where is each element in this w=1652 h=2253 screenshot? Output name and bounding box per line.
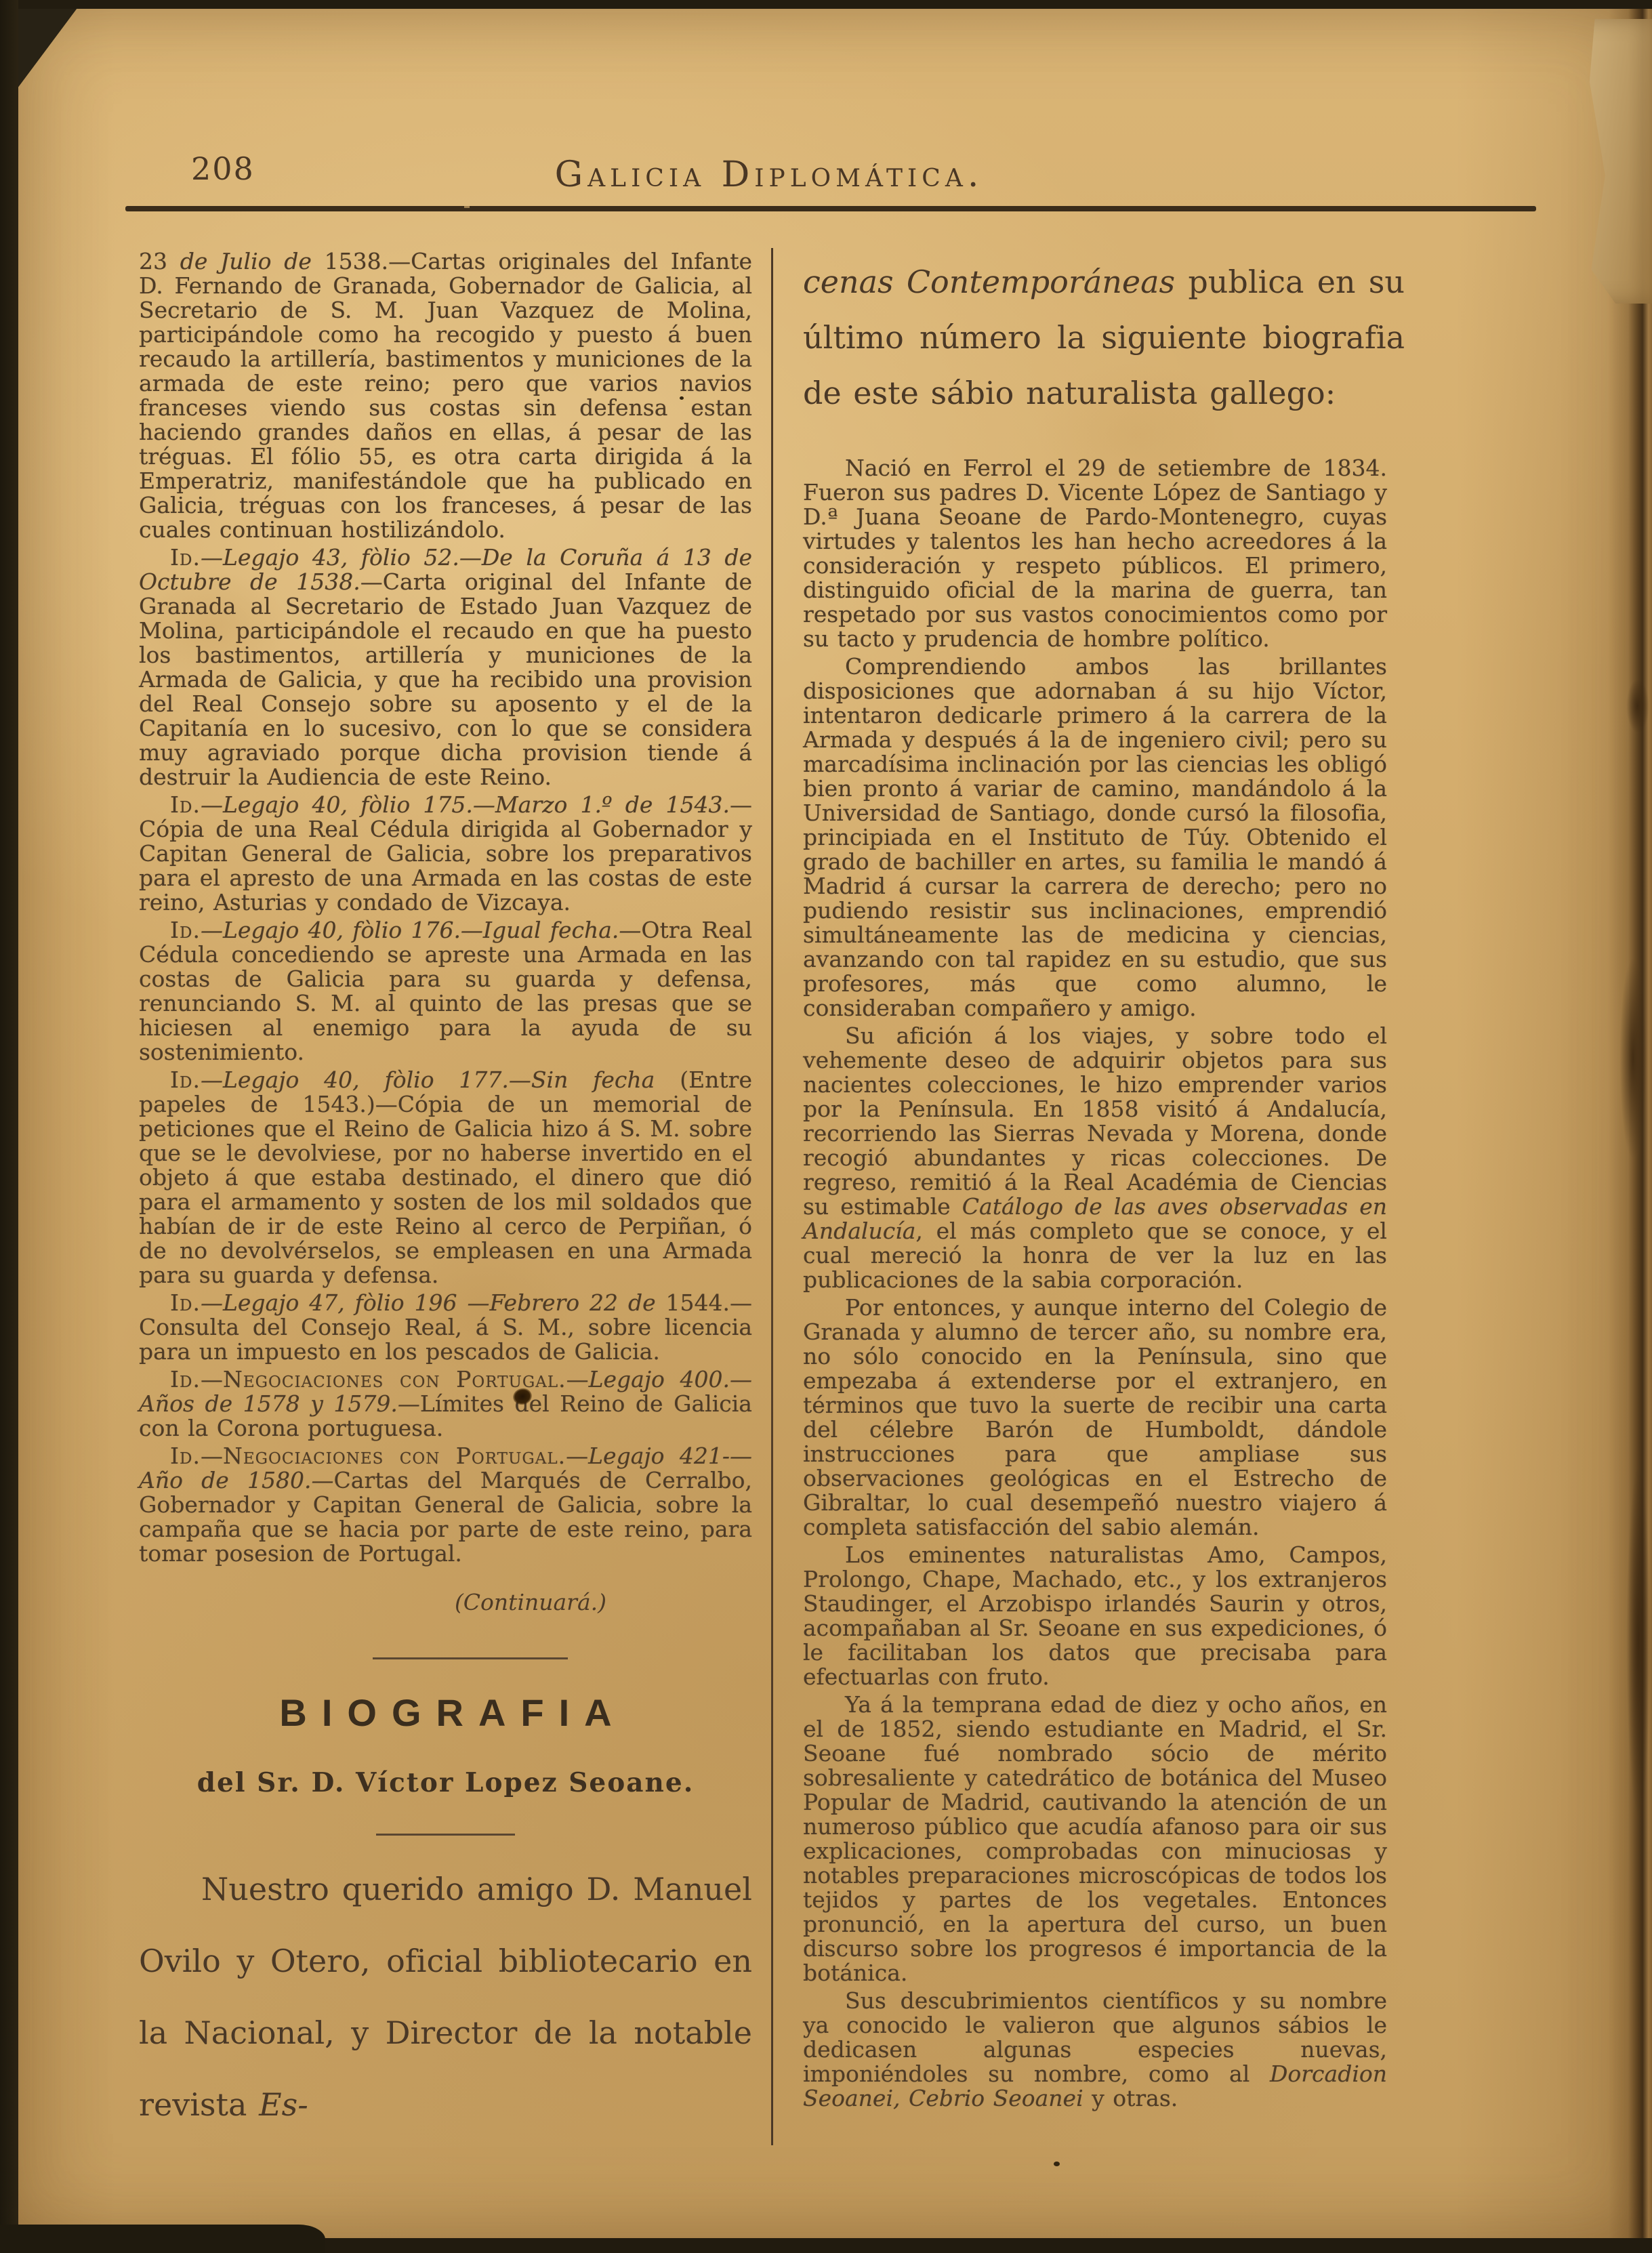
text-segment: y otras. bbox=[1083, 2085, 1178, 2111]
scanned-book-page-photo: { "colors": { "paper": "#d5ae6e", "ink":… bbox=[0, 0, 1652, 2253]
text-segment: Los eminentes naturalistas Amo, Campos, … bbox=[803, 1542, 1387, 1690]
text-segment: — bbox=[201, 1443, 223, 1469]
photo-border-top bbox=[0, 0, 1652, 9]
biography-body: Nació en Ferrol el 29 de setiembre de 18… bbox=[803, 456, 1387, 2111]
text-segment: Id. bbox=[170, 1289, 201, 1316]
text-segment: Su afición á los viajes, y sobre todo el… bbox=[803, 1022, 1387, 1220]
text-segment: Comprendiendo ambos las brillantes dispo… bbox=[803, 653, 1387, 1021]
left-column: 23 de Julio de 1538.—Cartas originales d… bbox=[139, 249, 752, 2172]
paragraph: Los eminentes naturalistas Amo, Campos, … bbox=[803, 1543, 1387, 1689]
paragraph: Id.—Negociaciones con Portugal.—Legajo 4… bbox=[139, 1367, 752, 1441]
text-segment: Id. bbox=[170, 1443, 201, 1469]
text-segment: (Entre papeles de 1543.)—Cópia de un mem… bbox=[139, 1067, 752, 1288]
text-segment: — bbox=[566, 1366, 589, 1392]
text-segment: — bbox=[566, 1443, 588, 1469]
photo-border-left bbox=[0, 0, 18, 2253]
photo-border-corner bbox=[0, 2225, 325, 2253]
edge-stain bbox=[1626, 679, 1649, 733]
text-segment: Nuestro querido amigo D. Manuel Ovilo y … bbox=[139, 1871, 752, 2123]
text-segment: Id. bbox=[170, 544, 201, 571]
text-segment: cenas Contemporáneas bbox=[803, 264, 1175, 300]
continuation-note: (Continuará.) bbox=[139, 1589, 752, 1615]
section-divider-rule bbox=[373, 1657, 568, 1659]
text-segment: —Legajo 40, fòlio 175.—Marzo 1.º de 1543… bbox=[201, 791, 730, 818]
text-segment: de Julio de bbox=[180, 248, 312, 274]
paragraph: Id.—Negociaciones con Portugal.—Legajo 4… bbox=[139, 1444, 752, 1566]
right-column: cenas Contemporáneas publica en su últim… bbox=[803, 254, 1387, 2114]
paragraph: Comprendiendo ambos las brillantes dispo… bbox=[803, 655, 1387, 1020]
text-segment: Negociaciones con Portugal. bbox=[223, 1443, 566, 1469]
biography-intro-end: cenas Contemporáneas publica en su últim… bbox=[803, 254, 1405, 421]
text-segment: Es- bbox=[259, 2086, 308, 2123]
biography-intro-start: Nuestro querido amigo D. Manuel Ovilo y … bbox=[139, 1853, 752, 2141]
text-segment: Id. bbox=[170, 1067, 201, 1093]
repair-tape bbox=[1565, 19, 1652, 304]
text-segment: Id. bbox=[170, 791, 201, 818]
column-divider-rule bbox=[771, 248, 773, 2145]
text-segment: —Legajo 47, fòlio 196 —Febrero 22 de bbox=[201, 1289, 656, 1316]
text-segment: Ya á la temprana edad de diez y ocho año… bbox=[803, 1691, 1387, 1986]
paragraph: Por entonces, y aunque interno del Coleg… bbox=[803, 1296, 1387, 1539]
fly-speck bbox=[680, 396, 684, 400]
edge-stain bbox=[1626, 1465, 1651, 1817]
text-segment: Id. bbox=[170, 917, 201, 943]
text-segment: Nació en Ferrol el 29 de setiembre de 18… bbox=[803, 455, 1387, 652]
paragraph: Id.—Legajo 40, fòlio 176.—Igual fecha.—O… bbox=[139, 918, 752, 1065]
paragraph: Su afición á los viajes, y sobre todo el… bbox=[803, 1024, 1387, 1292]
text-segment: —Legajo 40, fòlio 177.—Sin fecha bbox=[201, 1067, 655, 1093]
text-segment: Id. bbox=[170, 1366, 201, 1392]
text-segment: Negociaciones con Portugal. bbox=[223, 1366, 566, 1392]
text-segment: Por entonces, y aunque interno del Coleg… bbox=[803, 1294, 1387, 1540]
subheading-divider-rule bbox=[376, 1834, 515, 1836]
archive-entries: 23 de Julio de 1538.—Cartas originales d… bbox=[139, 249, 752, 1566]
paragraph: Nació en Ferrol el 29 de setiembre de 18… bbox=[803, 456, 1387, 651]
paragraph: Ya á la temprana edad de diez y ocho año… bbox=[803, 1693, 1387, 1985]
text-segment: 23 bbox=[139, 248, 180, 274]
text-segment: 1538.—Cartas originales del Infante D. F… bbox=[139, 248, 752, 543]
biography-heading: BIOGRAFIA bbox=[139, 1691, 752, 1735]
text-segment: — bbox=[201, 1366, 223, 1392]
paragraph: Id.—Legajo 40, fòlio 175.—Marzo 1.º de 1… bbox=[139, 793, 752, 915]
text-segment bbox=[901, 2085, 909, 2111]
text-segment: —Legajo 40, fòlio 176.—Igual fecha.— bbox=[201, 917, 641, 943]
header-rule bbox=[125, 206, 1536, 211]
paragraph: Id.—Legajo 47, fòlio 196 —Febrero 22 de … bbox=[139, 1291, 752, 1364]
text-segment: Cebrio Seoanei bbox=[909, 2085, 1083, 2111]
journal-title: Galicia Diplomática. bbox=[0, 154, 1538, 195]
paragraph: 23 de Julio de 1538.—Cartas originales d… bbox=[139, 249, 752, 542]
biography-subheading: del Sr. D. Víctor Lopez Seoane. bbox=[139, 1767, 752, 1798]
paragraph: Id.—Legajo 43, fòlio 52.—De la Coruña á … bbox=[139, 545, 752, 789]
paragraph: Id.—Legajo 40, fòlio 177.—Sin fecha (Ent… bbox=[139, 1068, 752, 1287]
fly-speck bbox=[1054, 2162, 1060, 2166]
edge-stain bbox=[1619, 957, 1647, 1160]
text-segment: —Carta original del Infante de Granada a… bbox=[139, 569, 752, 790]
paragraph: Sus descubrimientos científicos y su nom… bbox=[803, 1989, 1387, 2111]
